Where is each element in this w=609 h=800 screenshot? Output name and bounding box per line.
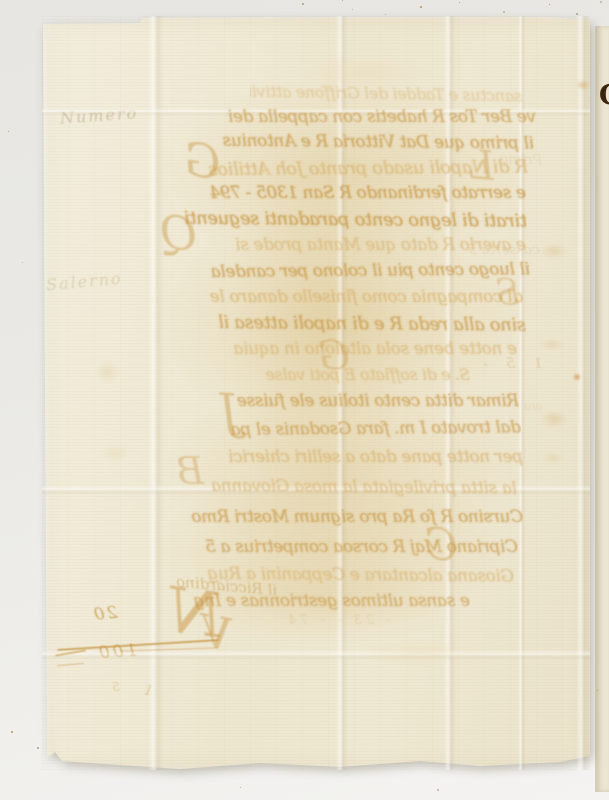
bleed-line-glyphs: Giosana alcantara e Ceppanini a Rug	[208, 564, 514, 587]
bleed-line: ve Ber Tos R habetis con cappella dei	[186, 107, 536, 130]
flourish-glyph: B	[176, 452, 204, 490]
bleed-line-glyphs: Cipriano Maj R corsoa competrius a 5	[205, 537, 518, 557]
bleed-line-glyphs: e averlo R dato que Manta prode si	[236, 235, 526, 255]
dust-speck	[22, 262, 23, 263]
bleed-line: Cipriano Maj R corsoa competrius a 5	[164, 537, 518, 560]
margin-annotation-salerno: Salerno	[45, 271, 123, 294]
paper-stain	[100, 444, 130, 462]
small-mark-left: 5	[112, 681, 120, 693]
paper-stain	[576, 80, 590, 90]
dust-speck	[8, 131, 9, 132]
dust-speck	[420, 6, 422, 8]
paper-stain	[573, 373, 581, 381]
dust-speck	[459, 2, 460, 3]
bleed-line-glyphs: e notte bene sola altaiono in aquia	[234, 339, 517, 359]
sum-numerator: 20	[91, 605, 118, 625]
bleed-line: Cursino R fo Ra pro signum Mostri Rmo	[159, 507, 523, 530]
bleed-line-glyphs: e sansa ultimos gestrionnas e Ing	[194, 591, 470, 611]
dust-speck	[597, 690, 598, 691]
bleed-line-glyphs: S. e di soffiato E poti valse	[266, 365, 470, 384]
flourish-glyph: C	[422, 522, 460, 569]
flourish-glyph: G	[181, 136, 224, 187]
bleed-line: tirati di legno cento paradanti seguenti	[157, 207, 527, 234]
dust-speck	[385, 14, 386, 15]
dust-speck	[342, 0, 343, 1]
ledger-stroke	[57, 663, 84, 667]
paper-stain	[94, 360, 120, 384]
corner-letter-mark: C	[599, 82, 609, 109]
bleed-line-glyphs: il luogo cento piu il colono per candela	[211, 259, 530, 282]
dust-speck	[503, 11, 505, 13]
flourish-glyph: J	[218, 387, 241, 436]
bleed-line-glyphs: dal trovato I m. fara Gsodanis el pa	[231, 417, 521, 440]
bleed-line-glyphs: Rimar ditta cento itolius ele fuisse	[237, 391, 519, 411]
paper-stain	[540, 410, 568, 428]
paper-stain	[540, 243, 568, 259]
bleed-line: di compagnia como finisello danaro le	[159, 287, 523, 310]
flourish-glyph: L	[466, 145, 496, 187]
bleed-line: Rimar ditta cento itolius ele fuisse	[157, 391, 519, 414]
paper-stain	[360, 640, 480, 666]
dust-speck	[37, 747, 39, 749]
bleed-line: dal trovato I m. fara Gsodanis el pa	[159, 417, 521, 443]
bleed-line-glyphs: tirati di legno cento paradanti seguenti	[184, 208, 527, 232]
paper-stain	[540, 338, 564, 351]
dust-speck	[11, 731, 13, 733]
bleed-line: e averlo R dato que Manta prode si	[161, 235, 526, 258]
bleed-line: la sitta privilegiata la mosa Giovanna	[157, 475, 517, 501]
bleed-line-glyphs: ve Ber Tos R habetis con cappella dei	[228, 107, 536, 127]
flourish-glyph: Q	[158, 208, 200, 258]
dust-speck	[302, 3, 304, 5]
bleed-line: per notte pane dato a selliri chierici	[155, 447, 523, 470]
paper-stain	[542, 452, 564, 464]
bleed-line-glyphs: la sitta privilegiata la mosa Giovanna	[211, 476, 517, 499]
flourish-glyph: G	[318, 336, 350, 376]
page-content-layer: C Numero Salerno Primo cassetta 5 1 5 - …	[0, 0, 609, 800]
dust-speck	[576, 13, 578, 15]
bleed-line-glyphs: di compagnia como finisello danaro le	[210, 287, 523, 307]
bleed-line-glyphs: sanctus e Taddei del Griffone attivitas	[250, 82, 522, 106]
bleed-line-glyphs: per notte pane dato a selliri chierici	[228, 447, 523, 467]
bleed-line: il luogo cento piu il colono per candela	[155, 259, 530, 285]
bleed-line-glyphs: Cursino R fo Ra pro signum Mostri Rmo	[192, 507, 523, 527]
flourish-glyph: S	[495, 276, 520, 312]
dust-speck	[240, 787, 241, 788]
scanned-document: C Numero Salerno Primo cassetta 5 1 5 - …	[0, 0, 609, 800]
dust-speck	[549, 4, 550, 5]
dust-speck	[352, 9, 353, 10]
dust-speck	[600, 1, 602, 3]
bleed-line-glyphs: sino alla reda R e di napoli attesa il	[218, 312, 526, 336]
dust-speck	[437, 789, 439, 791]
